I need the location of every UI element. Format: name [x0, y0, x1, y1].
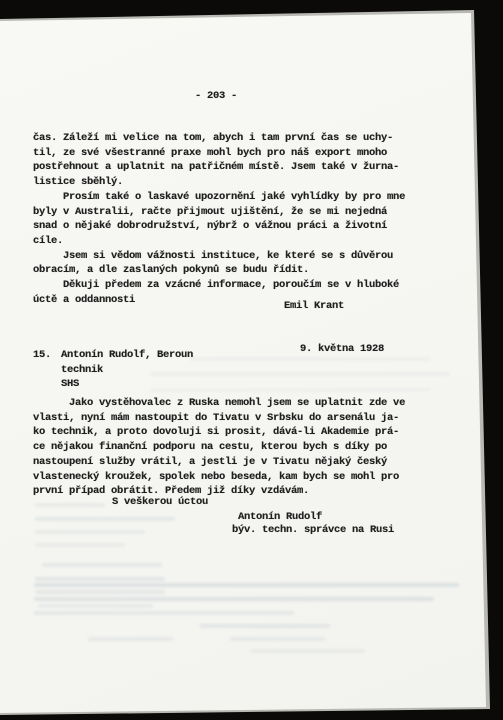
text-line: Prosím také o laskavé upozornění jaké vy…	[33, 190, 405, 205]
text-line: Jako vystěhovalec z Ruska nemohl jsem se…	[33, 396, 405, 411]
letter-15-signature-title: býv. techn. správce na Rusi	[232, 523, 394, 538]
text-line: obracím, a dle zaslaných pokynů se budu …	[33, 263, 405, 278]
text-line: první případ obrátit. Předem již díky vz…	[33, 484, 405, 499]
letter-14-signature: Emil Krant	[284, 299, 344, 314]
text-line: byly v Australii, račte přijmout ujištěn…	[33, 205, 405, 220]
entry-header-line: 15.Antonín Rudolf, Beroun	[33, 348, 193, 363]
text-line: vlasti, nyní mám nastoupit do Tivatu v S…	[33, 411, 405, 426]
text-line: vlastenecký kroužek, spolek nebo beseda,…	[33, 470, 405, 485]
scanned-page: - 203 - čas. Záleží mi velice na tom, ab…	[0, 0, 503, 720]
text-line: ce nějakou finanční podporu na cestu, kt…	[33, 440, 405, 455]
letter-14-body: čas. Záleží mi velice na tom, abych i ta…	[33, 131, 405, 307]
page-number: - 203 -	[195, 89, 237, 104]
text-line: postřehnout a uplatnit na patřičném míst…	[33, 160, 405, 175]
text-line: ko technik, a proto dovoluji si prosit, …	[33, 425, 405, 440]
letter-15-closing: S veškerou úctou	[112, 495, 208, 510]
text-line: úctě a oddannosti	[33, 293, 405, 308]
entry-state: SHS	[61, 377, 193, 392]
text-line: til, ze své všestranné praxe mohl bych p…	[33, 146, 405, 161]
text-line: Jsem si vědom vážnosti instituce, ke kte…	[33, 249, 405, 264]
entry-profession: technik	[61, 363, 193, 378]
text-line: listice sběhlý.	[33, 175, 405, 190]
entry-date: 9. května 1928	[300, 342, 384, 357]
text-line: Děkuji předem za vzácné informace, porou…	[33, 278, 405, 293]
text-line: čas. Záleží mi velice na tom, abych i ta…	[33, 131, 405, 146]
entry-number: 15.	[33, 348, 51, 363]
letter-15-header: 15.Antonín Rudolf, Beroun technik SHS	[33, 348, 193, 392]
text-line: cíle.	[33, 234, 405, 249]
text-line: nastoupení služby vrátil, a jestli je v …	[33, 455, 405, 470]
letter-15-body: Jako vystěhovalec z Ruska nemohl jsem se…	[33, 396, 405, 499]
text-line: snad o nějaké dobrodružství, nýbrž o váž…	[33, 219, 405, 234]
entry-name: Antonín Rudolf, Beroun	[61, 349, 193, 361]
